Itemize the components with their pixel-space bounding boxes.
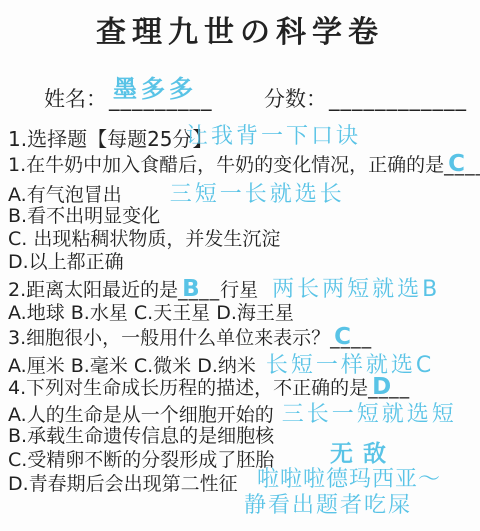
- question-4-answer-mark: D: [372, 376, 391, 399]
- question-1-answer-mark: C: [448, 153, 465, 176]
- question-1-option-c: C. 出现粘稠状物质，并发生沉淀: [8, 229, 280, 251]
- question-1-answer-blank: ____C: [444, 155, 480, 177]
- section-cheat-note: 让我背一下口诀: [186, 124, 361, 149]
- question-2-answer-mark: B: [182, 278, 200, 301]
- question-1-option-b: B.看不出明显变化: [8, 206, 160, 228]
- score-blank: ____________: [329, 87, 467, 111]
- question-2-options: A.地球 B.水星 C.天王星 D.海王星: [8, 303, 294, 325]
- exam-title: 查理九世の科学卷: [0, 16, 480, 51]
- question-3-options: A.厘米 B.毫米 C.微米 D.纳米长短一样就选C: [8, 353, 434, 378]
- option-text: A.厘米 B.毫米 C.微米 D.纳米: [8, 355, 256, 377]
- question-2-line: 2.距离太阳最近的是____B行星两长两短就选B: [8, 277, 440, 302]
- question-4-text: 4.下列对生命成长历程的描述，不正确的是: [8, 377, 368, 399]
- margin-note-watch: 静看出题者吃屎: [244, 493, 412, 518]
- question-4-answer-blank: ____D: [368, 378, 410, 400]
- margin-note-demacia: 啦啦啦德玛西亚～: [257, 467, 441, 492]
- question-2-answer-blank: ____B: [178, 280, 220, 302]
- question-4-option-a: A.人的生命是从一个细胞开始的三长一短就选短: [8, 402, 457, 427]
- option-text: A.有气泡冒出: [8, 184, 122, 206]
- option-text: D.以上都正确: [8, 251, 124, 273]
- section-heading: 1.选择题【每题25分】: [8, 128, 213, 151]
- question-1-option-d: D.以上都正确: [8, 252, 124, 274]
- question-2-suffix: 行星: [220, 279, 258, 301]
- question-3-answer-blank: ____C: [330, 328, 372, 350]
- question-4-option-d: D.青春期后会出现第二性征: [8, 474, 238, 496]
- name-label: 姓名：: [44, 87, 107, 111]
- question-1-text: 1.在牛奶中加入食醋后，牛奶的变化情况，正确的是: [8, 154, 444, 176]
- option-text: D.青春期后会出现第二性征: [8, 473, 238, 495]
- option-text: B.承载生命遗传信息的是细胞核: [8, 425, 274, 447]
- question-4-option-b: B.承载生命遗传信息的是细胞核: [8, 426, 274, 448]
- question-2-text: 2.距离太阳最近的是: [8, 279, 178, 301]
- option-text: C.受精卵不断的分裂形成了胚胎: [8, 449, 274, 471]
- cheat-note-q1: 三短一长就选长: [170, 182, 345, 207]
- cheat-note-q3: 长短一样就选C: [266, 353, 434, 378]
- exam-paper: 查理九世の科学卷 姓名： _________ 墨多多 分数： _________…: [0, 0, 480, 531]
- cheat-note-q2: 两长两短就选B: [272, 277, 440, 302]
- option-text: A.地球 B.水星 C.天王星 D.海王星: [8, 302, 294, 324]
- margin-note-invincible: 无敌: [330, 441, 396, 467]
- question-3-answer-mark: C: [334, 326, 351, 349]
- question-4-option-c: C.受精卵不断的分裂形成了胚胎: [8, 450, 274, 472]
- question-3-text: 3.细胞很小，一般用什么单位来表示？: [8, 327, 330, 349]
- question-1-option-a: A.有气泡冒出三短一长就选长: [8, 182, 345, 207]
- option-text: B.看不出明显变化: [8, 205, 160, 227]
- name-value-handwritten: 墨多多: [113, 76, 197, 104]
- cheat-note-q4: 三长一短就选短: [282, 402, 457, 427]
- score-label: 分数：: [264, 87, 327, 111]
- question-4-line: 4.下列对生命成长历程的描述，不正确的是____D: [8, 378, 410, 400]
- question-1-line: 1.在牛奶中加入食醋后，牛奶的变化情况，正确的是____C: [8, 155, 480, 177]
- option-text: A.人的生命是从一个细胞开始的: [8, 404, 274, 426]
- option-text: C. 出现粘稠状物质，并发生沉淀: [8, 228, 280, 250]
- question-3-line: 3.细胞很小，一般用什么单位来表示？____C: [8, 328, 372, 350]
